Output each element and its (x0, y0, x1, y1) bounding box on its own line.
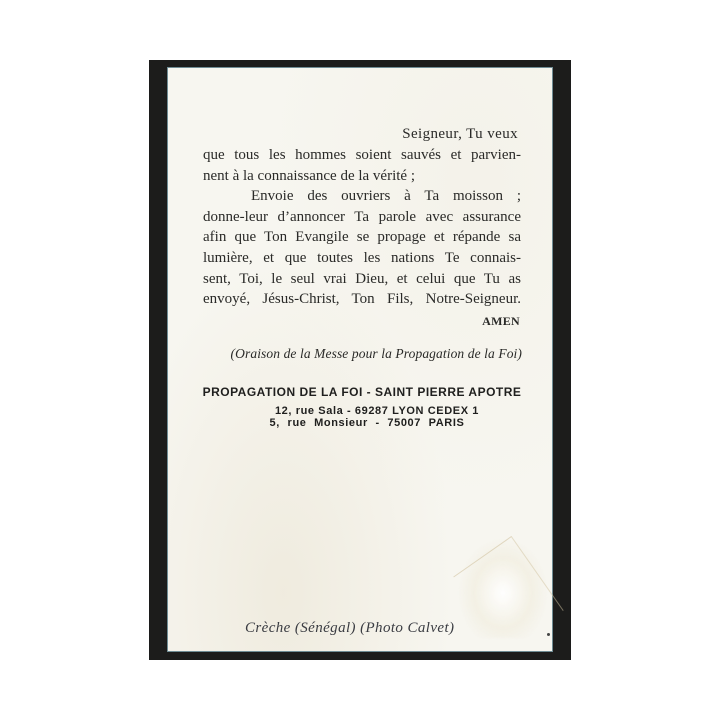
address-lyon: 12, rue Sala - 69287 LYON CEDEX 1 (216, 405, 538, 417)
amen: AMEN (168, 314, 520, 329)
prayer-card: Seigneur, Tu veux que tous les hommes so… (167, 67, 553, 652)
prayer-line: envoyé, Jésus-Christ, Ton Fils, Notre-Se… (203, 289, 521, 310)
salutation: Seigneur, Tu veux (168, 126, 518, 143)
prayer-line: donne-leur d’annoncer Ta parole avec ass… (203, 207, 521, 228)
address-paris: 5, rue Monsieur - 75007 PARIS (206, 417, 528, 429)
prayer-line: nent à la connaissance de la vérité ; (203, 166, 521, 187)
prayer-line: afin que Ton Evangile se propage et répa… (203, 227, 521, 248)
photo-caption: Crèche (Sénégal) (Photo Calvet) (245, 620, 454, 637)
prayer-line: Envoie des ouvriers à Ta moisson ; (203, 186, 521, 207)
prayer-line: que tous les hommes soient sauvés et par… (203, 145, 521, 166)
source-citation: (Oraison de la Messe pour la Propagation… (202, 346, 522, 362)
speck (547, 633, 550, 636)
prayer-line: lumière, et que toutes les nations Te co… (203, 248, 521, 269)
prayer-line: sent, Toi, le seul vrai Dieu, et celui q… (203, 269, 521, 290)
prayer-text: que tous les hommes soient sauvés et par… (203, 145, 521, 310)
organization-name: PROPAGATION DE LA FOI - SAINT PIERRE APO… (201, 385, 523, 399)
